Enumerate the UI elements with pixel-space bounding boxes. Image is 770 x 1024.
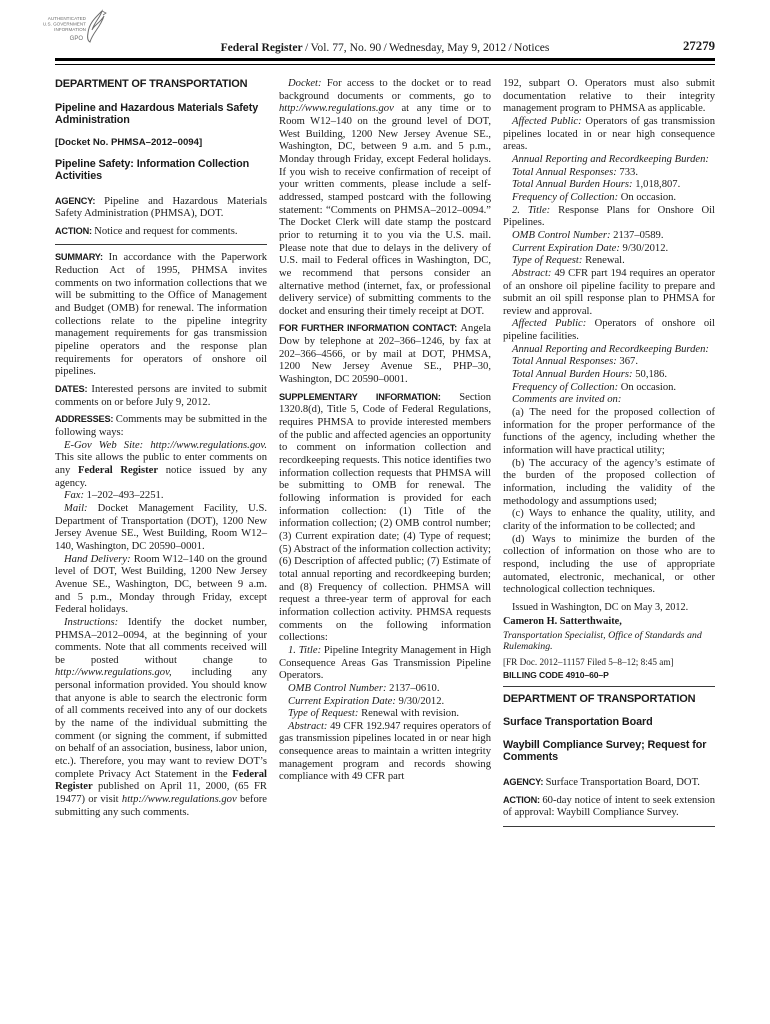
text-segment: 2137–0610. <box>389 683 439 694</box>
field-label: ACTION: <box>503 795 542 805</box>
notice-title: Pipeline Safety: Information Collection … <box>55 158 267 183</box>
department-heading: DEPARTMENT OF TRANSPORTATION <box>503 693 715 706</box>
text-segment: (b) The accuracy of the agency’s estimat… <box>503 458 715 507</box>
text-segment: 367. <box>619 356 638 367</box>
publication-name: Federal Register <box>221 41 303 54</box>
title-2-paragraph: 2. Title: Response Plans for Onshore Oil… <box>503 205 715 230</box>
text-segment: 2. Title: <box>512 205 558 216</box>
field-label: ADDRESSES: <box>55 414 116 424</box>
columns: DEPARTMENT OF TRANSPORTATIONPipeline and… <box>55 78 715 833</box>
text-segment: Affected Public: <box>512 318 595 329</box>
text-segment: (a) The need for the proposed collection… <box>503 407 715 456</box>
egov-paragraph: E-Gov Web Site: http://www.regulations.g… <box>55 440 267 491</box>
abstract-1-continuation-paragraph: 192, subpart O. Operators must also subm… <box>503 78 715 116</box>
request-type-1-paragraph: Type of Request: Renewal with revision. <box>279 708 491 721</box>
text-segment: Current Expiration Date: <box>288 696 399 707</box>
hand-delivery-paragraph: Hand Delivery: Room W12–140 on the groun… <box>55 554 267 617</box>
column-1: DEPARTMENT OF TRANSPORTATIONPipeline and… <box>55 78 267 833</box>
text-segment: In accordance with the Paperwork Reducti… <box>55 252 267 377</box>
item-d-paragraph: (d) Ways to minimize the burden of the c… <box>503 534 715 597</box>
supplementary-info-paragraph: SUPPLEMENTARY INFORMATION: Section 1320.… <box>279 391 491 645</box>
item-a-paragraph: (a) The need for the proposed collection… <box>503 407 715 458</box>
field-label: AGENCY: <box>55 196 104 206</box>
signature-date: Issued in Washington, DC on May 3, 2012. <box>503 602 715 614</box>
text-segment: 1–202–493–2251. <box>87 490 164 501</box>
text-segment: Total Annual Responses: <box>512 356 619 367</box>
affected-public-1-paragraph: Affected Public: Operators of gas transm… <box>503 116 715 154</box>
text-segment: Abstract: <box>512 268 554 279</box>
burden-hours-2-paragraph: Total Annual Burden Hours: 50,186. <box>503 369 715 382</box>
text-segment: Total Annual Responses: <box>512 167 619 178</box>
field-label: DATES: <box>55 384 91 394</box>
column-3: 192, subpart O. Operators must also subm… <box>503 78 715 833</box>
text-segment: 9/30/2012. <box>623 243 669 254</box>
docket-number: [Docket No. PHMSA–2012–0094] <box>55 137 267 148</box>
text-segment: (c) Ways to enhance the quality, utility… <box>503 508 715 532</box>
affected-public-2-paragraph: Affected Public: Operators of onshore oi… <box>503 318 715 343</box>
text-segment: Affected Public: <box>512 116 585 127</box>
addresses-paragraph: ADDRESSES: Comments may be submitted in … <box>55 413 267 439</box>
text-segment: Current Expiration Date: <box>512 243 623 254</box>
text-segment: 192, subpart O. Operators must also subm… <box>503 78 715 114</box>
burden-heading-2-paragraph: Annual Reporting and Recordkeeping Burde… <box>503 344 715 357</box>
instructions-paragraph: Instructions: Identify the docket number… <box>55 617 267 820</box>
header-rule-thin <box>55 64 715 65</box>
signer-name: Cameron H. Satterthwaite, <box>503 616 715 628</box>
text-segment: including any personal information provi… <box>55 667 267 779</box>
field-label: FOR FURTHER INFORMATION CONTACT: <box>279 323 460 333</box>
expiration-2-paragraph: Current Expiration Date: 9/30/2012. <box>503 243 715 256</box>
mail-paragraph: Mail: Docket Management Facility, U.S. D… <box>55 503 267 554</box>
text-segment: Renewal with revision. <box>361 708 459 719</box>
text-segment: Surface Transportation Board, DOT. <box>546 777 700 788</box>
text-segment: http://www.regulations.gov <box>279 103 394 114</box>
federal-register-page: AUTHENTICATED U.S. GOVERNMENT INFORMATIO… <box>0 0 770 1024</box>
text-segment: E-Gov Web Site: http://www.regulations.g… <box>64 440 267 451</box>
text-segment: Total Annual Burden Hours: <box>512 369 635 380</box>
text-segment: http://www.regulations.gov <box>122 794 237 805</box>
title-1-paragraph: 1. Title: Pipeline Integrity Management … <box>279 645 491 683</box>
text-segment: http://www.regulations.gov, <box>55 667 172 678</box>
field-label: ACTION: <box>55 226 94 236</box>
billing-code: BILLING CODE 4910–60–P <box>503 670 715 680</box>
fr-doc-line: [FR Doc. 2012–11157 Filed 5–8–12; 8:45 a… <box>503 657 715 668</box>
section-divider <box>503 686 715 687</box>
text-segment: 1. Title: <box>288 645 324 656</box>
text-segment: Fax: <box>64 490 87 501</box>
text-segment: Hand Delivery: <box>64 554 134 565</box>
department-heading: DEPARTMENT OF TRANSPORTATION <box>55 78 267 91</box>
item-c-paragraph: (c) Ways to enhance the quality, utility… <box>503 508 715 533</box>
responses-2-paragraph: Total Annual Responses: 367. <box>503 356 715 369</box>
column-2: Docket: For access to the docket or to r… <box>279 78 491 833</box>
signer-title: Transportation Specialist, Office of Sta… <box>503 630 715 653</box>
burden-hours-1-paragraph: Total Annual Burden Hours: 1,018,807. <box>503 179 715 192</box>
text-segment: Mail: <box>64 503 98 514</box>
abstract-2-paragraph: Abstract: 49 CFR part 194 requires an op… <box>503 268 715 319</box>
field-label: SUMMARY: <box>55 252 109 262</box>
field-label: SUPPLEMENTARY INFORMATION: <box>279 392 459 402</box>
text-segment: Annual Reporting and Recordkeeping Burde… <box>512 154 709 165</box>
text-segment: On occasion. <box>621 192 676 203</box>
svg-text:AUTHENTICATED: AUTHENTICATED <box>48 16 87 21</box>
summary-paragraph: SUMMARY: In accordance with the Paperwor… <box>55 251 267 379</box>
text-segment: (d) Ways to minimize the burden of the c… <box>503 534 715 596</box>
text-segment: Section 1320.8(d), Title 5, Code of Fede… <box>279 392 491 643</box>
text-segment: Docket: <box>288 78 327 89</box>
notice-title: Waybill Compliance Survey; Request for C… <box>503 739 715 764</box>
text-segment: Type of Request: <box>288 708 361 719</box>
text-segment: at any time or to Room W12–140 on the gr… <box>279 103 491 317</box>
responses-1-paragraph: Total Annual Responses: 733. <box>503 167 715 180</box>
agency-paragraph: AGENCY: Pipeline and Hazardous Materials… <box>55 195 267 221</box>
text-segment: Type of Request: <box>512 255 585 266</box>
action-paragraph: ACTION: Notice and request for comments. <box>55 225 267 239</box>
agency-heading: Surface Transportation Board <box>503 716 715 729</box>
omb-number-2-paragraph: OMB Control Number: 2137–0589. <box>503 230 715 243</box>
item-b-paragraph: (b) The accuracy of the agency’s estimat… <box>503 458 715 509</box>
text-segment: 733. <box>619 167 638 178</box>
running-head: Federal Register / Vol. 77, No. 90 / Wed… <box>55 41 715 54</box>
svg-text:INFORMATION: INFORMATION <box>54 27 86 32</box>
text-segment: OMB Control Number: <box>512 230 613 241</box>
dates-paragraph: DATES: Interested persons are invited to… <box>55 383 267 409</box>
section-divider <box>55 244 267 245</box>
burden-heading-1-paragraph: Annual Reporting and Recordkeeping Burde… <box>503 154 715 167</box>
text-segment: Federal Register <box>78 465 158 476</box>
docket-access-paragraph: Docket: For access to the docket or to r… <box>279 78 491 318</box>
agency-heading: Pipeline and Hazardous Materials Safety … <box>55 102 267 127</box>
request-type-2-paragraph: Type of Request: Renewal. <box>503 255 715 268</box>
issue-citation: / Vol. 77, No. 90 / Wednesday, May 9, 20… <box>303 41 550 54</box>
frequency-2-paragraph: Frequency of Collection: On occasion. <box>503 382 715 395</box>
text-segment: Frequency of Collection: <box>512 382 621 393</box>
text-segment: 1,018,807. <box>635 179 680 190</box>
text-segment: Comments are invited on: <box>512 394 621 405</box>
abstract-1-paragraph: Abstract: 49 CFR 192.947 requires operat… <box>279 721 491 784</box>
section-divider <box>503 826 715 827</box>
text-segment: 9/30/2012. <box>399 696 445 707</box>
svg-text:U.S. GOVERNMENT: U.S. GOVERNMENT <box>43 22 86 27</box>
agency-paragraph: AGENCY: Surface Transportation Board, DO… <box>503 776 715 790</box>
frequency-1-paragraph: Frequency of Collection: On occasion. <box>503 192 715 205</box>
text-segment: 50,186. <box>635 369 667 380</box>
comments-invited-paragraph: Comments are invited on: <box>503 394 715 407</box>
action-paragraph: ACTION: 60-day notice of intent to seek … <box>503 794 715 820</box>
text-segment: Annual Reporting and Recordkeeping Burde… <box>512 344 709 355</box>
field-label: AGENCY: <box>503 777 546 787</box>
text-segment: Frequency of Collection: <box>512 192 621 203</box>
omb-number-1-paragraph: OMB Control Number: 2137–0610. <box>279 683 491 696</box>
page-number: 27279 <box>683 39 715 54</box>
further-info-paragraph: FOR FURTHER INFORMATION CONTACT: Angela … <box>279 322 491 386</box>
text-segment: Renewal. <box>585 255 625 266</box>
header-rule-thick <box>55 58 715 61</box>
text-segment: Instructions: <box>64 617 128 628</box>
text-segment: Total Annual Burden Hours: <box>512 179 635 190</box>
fax-paragraph: Fax: 1–202–493–2251. <box>55 490 267 503</box>
text-segment: OMB Control Number: <box>288 683 389 694</box>
expiration-1-paragraph: Current Expiration Date: 9/30/2012. <box>279 696 491 709</box>
text-segment: On occasion. <box>621 382 676 393</box>
text-segment: Abstract: <box>288 721 330 732</box>
text-segment: 2137–0589. <box>613 230 663 241</box>
text-segment: Notice and request for comments. <box>94 226 237 237</box>
